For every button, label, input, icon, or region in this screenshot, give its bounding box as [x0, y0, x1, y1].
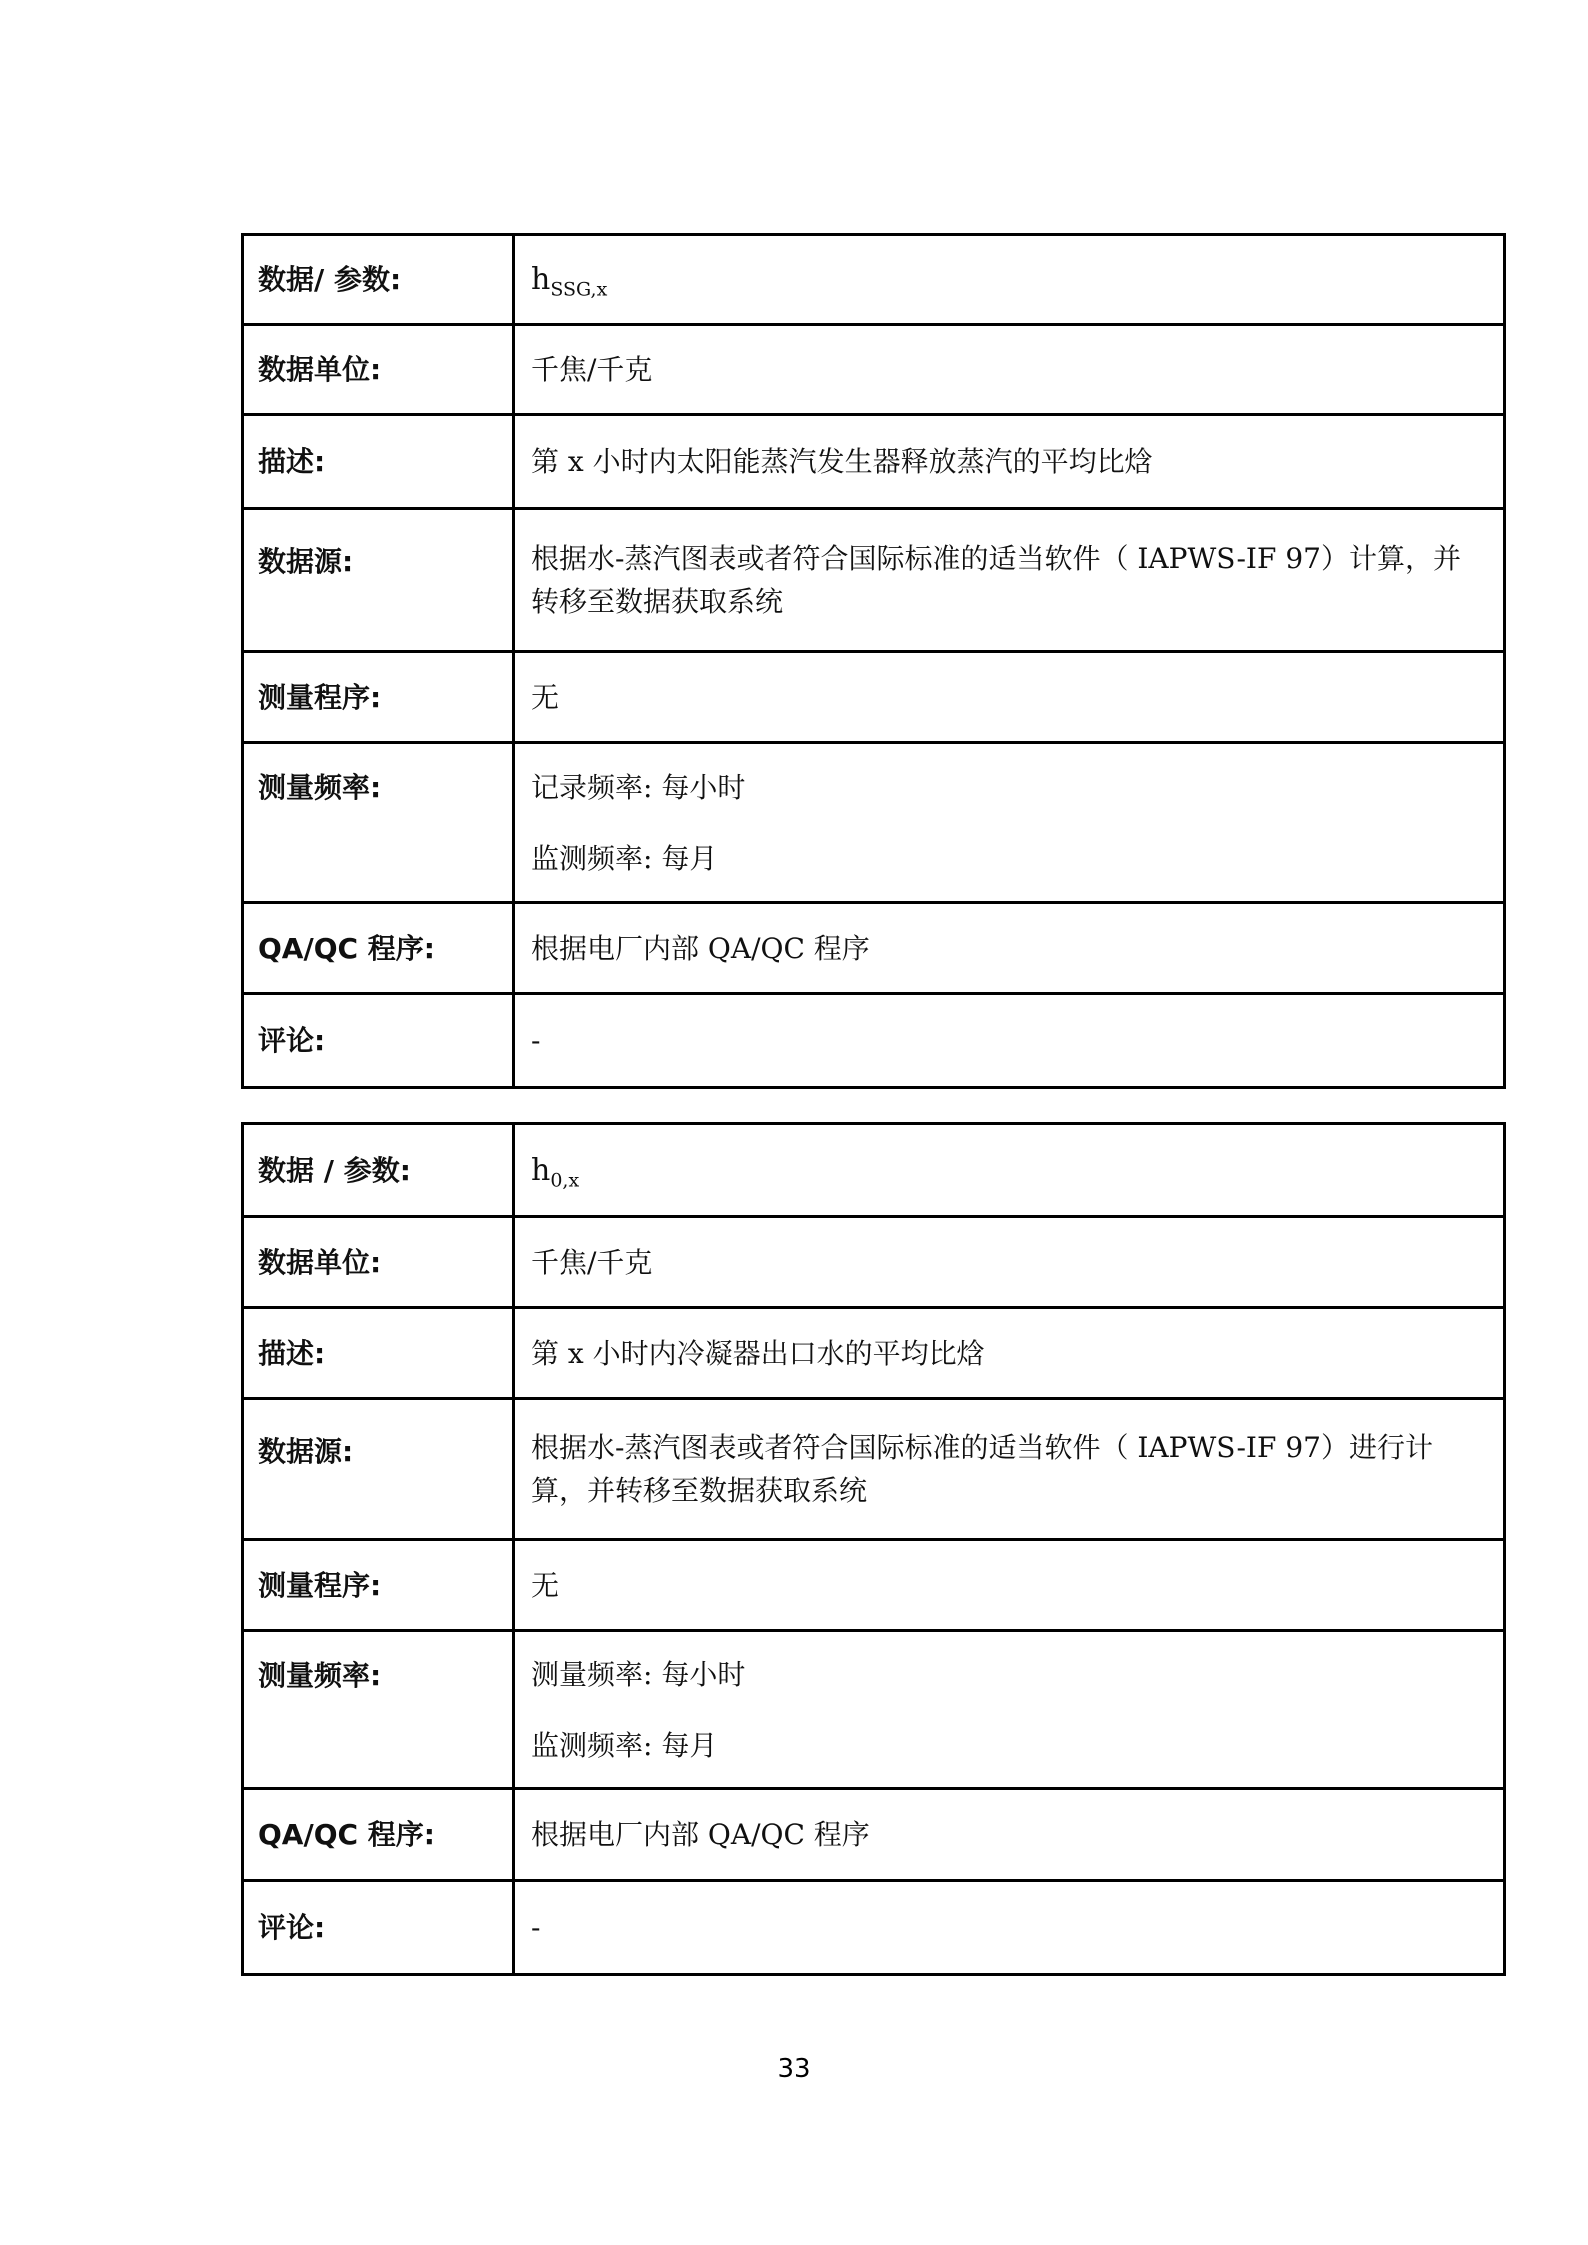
row-value: -	[531, 1019, 1485, 1062]
row-value: 第 x 小时内冷凝器出口水的平均比焓	[531, 1332, 1485, 1375]
row-value-cell: -	[515, 1882, 1503, 1973]
row-value: 根据水-蒸汽图表或者符合国际标准的适当软件（ IAPWS-IF 97）进行计算，…	[531, 1426, 1485, 1512]
table-row: 数据单位: 千焦/千克	[244, 326, 1503, 416]
parameter-symbol-base: h	[531, 1153, 550, 1188]
row-label-cell: QA/QC 程序:	[244, 1790, 515, 1879]
table-row: 描述: 第 x 小时内冷凝器出口水的平均比焓	[244, 1309, 1503, 1400]
row-value-cell: 根据水-蒸汽图表或者符合国际标准的适当软件（ IAPWS-IF 97）计算，并转…	[515, 510, 1503, 650]
parameter-symbol-base: h	[531, 262, 550, 297]
row-value-cell: -	[515, 995, 1503, 1086]
row-value-cell: 第 x 小时内冷凝器出口水的平均比焓	[515, 1309, 1503, 1397]
row-value-cell: h0,x	[515, 1125, 1503, 1215]
document-page: 数据/ 参数: hSSG,x 数据单位: 千焦/千克 描述: 第 x 小时内太阳…	[0, 0, 1588, 2245]
row-value-cell: 千焦/千克	[515, 1218, 1503, 1306]
row-value-cell: 无	[515, 653, 1503, 741]
row-label-cell: 数据单位:	[244, 326, 515, 413]
row-value: 根据电厂内部 QA/QC 程序	[531, 1813, 1485, 1856]
row-label-cell: 测量程序:	[244, 653, 515, 741]
row-value: 千焦/千克	[531, 348, 1485, 391]
row-label: QA/QC 程序:	[258, 927, 504, 970]
table-row: 评论: -	[244, 1882, 1503, 1973]
row-value-cell: 根据电厂内部 QA/QC 程序	[515, 904, 1503, 992]
row-value: 第 x 小时内太阳能蒸汽发生器释放蒸汽的平均比焓	[531, 440, 1485, 483]
row-value: 根据水-蒸汽图表或者符合国际标准的适当软件（ IAPWS-IF 97）计算，并转…	[531, 537, 1485, 623]
row-value-cell: 根据电厂内部 QA/QC 程序	[515, 1790, 1503, 1879]
row-value-cell: 记录频率: 每小时 监测频率: 每月	[515, 744, 1503, 901]
row-label: 描述:	[258, 440, 504, 483]
table-row: 数据源: 根据水-蒸汽图表或者符合国际标准的适当软件（ IAPWS-IF 97）…	[244, 510, 1503, 653]
row-label-cell: 测量频率:	[244, 1632, 515, 1787]
parameter-symbol: hSSG,x	[531, 258, 1485, 301]
parameter-symbol: h0,x	[531, 1149, 1485, 1192]
row-value-cell: 无	[515, 1541, 1503, 1629]
row-value-line: 监测频率: 每月	[531, 1724, 1485, 1767]
row-label: 描述:	[258, 1332, 504, 1375]
row-label: 测量频率:	[258, 1654, 504, 1697]
table-row: 数据单位: 千焦/千克	[244, 1218, 1503, 1309]
parameter-table-2: 数据 / 参数: h0,x 数据单位: 千焦/千克 描述: 第 x 小时内冷凝器…	[241, 1122, 1506, 1976]
row-label: 评论:	[258, 1906, 504, 1949]
row-value-cell: 第 x 小时内太阳能蒸汽发生器释放蒸汽的平均比焓	[515, 416, 1503, 507]
row-label: 评论:	[258, 1019, 504, 1062]
table-row: 评论: -	[244, 995, 1503, 1086]
table-row: 测量程序: 无	[244, 1541, 1503, 1632]
row-label-cell: 评论:	[244, 995, 515, 1086]
parameter-symbol-subscript: 0,x	[550, 1169, 579, 1191]
row-label-cell: 数据单位:	[244, 1218, 515, 1306]
row-label: 测量频率:	[258, 766, 504, 809]
row-value-cell: hSSG,x	[515, 236, 1503, 323]
parameter-symbol-subscript: SSG,x	[550, 279, 607, 301]
row-label: 数据/ 参数:	[258, 258, 504, 301]
row-value: 无	[531, 676, 1485, 719]
table-row: 描述: 第 x 小时内太阳能蒸汽发生器释放蒸汽的平均比焓	[244, 416, 1503, 510]
table-row: 测量程序: 无	[244, 653, 1503, 744]
table-row: QA/QC 程序: 根据电厂内部 QA/QC 程序	[244, 1790, 1503, 1882]
row-label-cell: 描述:	[244, 416, 515, 507]
row-value-line: 测量频率: 每小时	[531, 1653, 1485, 1696]
row-value-line: 记录频率: 每小时	[531, 766, 1485, 809]
row-value: 千焦/千克	[531, 1241, 1485, 1284]
row-value-cell: 千焦/千克	[515, 326, 1503, 413]
row-value-line: 监测频率: 每月	[531, 837, 1485, 880]
row-value: 根据电厂内部 QA/QC 程序	[531, 927, 1485, 970]
row-label: 数据源:	[258, 1430, 504, 1473]
row-label-cell: 描述:	[244, 1309, 515, 1397]
row-label-cell: 数据 / 参数:	[244, 1125, 515, 1215]
row-value: -	[531, 1906, 1485, 1949]
row-label-cell: 数据/ 参数:	[244, 236, 515, 323]
table-row: 数据源: 根据水-蒸汽图表或者符合国际标准的适当软件（ IAPWS-IF 97）…	[244, 1400, 1503, 1541]
row-label: QA/QC 程序:	[258, 1813, 504, 1856]
row-value-cell: 测量频率: 每小时 监测频率: 每月	[515, 1632, 1503, 1787]
row-label-cell: 评论:	[244, 1882, 515, 1973]
row-value-cell: 根据水-蒸汽图表或者符合国际标准的适当软件（ IAPWS-IF 97）进行计算，…	[515, 1400, 1503, 1538]
table-row: 测量频率: 测量频率: 每小时 监测频率: 每月	[244, 1632, 1503, 1790]
row-label: 数据单位:	[258, 1241, 504, 1284]
row-label: 数据源:	[258, 540, 504, 583]
row-label: 测量程序:	[258, 676, 504, 719]
row-label: 测量程序:	[258, 1564, 504, 1607]
row-label-cell: 测量程序:	[244, 1541, 515, 1629]
page-number: 33	[0, 2054, 1588, 2084]
row-label: 数据单位:	[258, 348, 504, 391]
row-value: 无	[531, 1564, 1485, 1607]
row-label-cell: QA/QC 程序:	[244, 904, 515, 992]
parameter-table-1: 数据/ 参数: hSSG,x 数据单位: 千焦/千克 描述: 第 x 小时内太阳…	[241, 233, 1506, 1089]
table-row: 数据/ 参数: hSSG,x	[244, 236, 1503, 326]
row-label-cell: 数据源:	[244, 510, 515, 650]
table-row: 测量频率: 记录频率: 每小时 监测频率: 每月	[244, 744, 1503, 904]
row-label-cell: 测量频率:	[244, 744, 515, 901]
table-row: QA/QC 程序: 根据电厂内部 QA/QC 程序	[244, 904, 1503, 995]
table-row: 数据 / 参数: h0,x	[244, 1125, 1503, 1218]
row-label: 数据 / 参数:	[258, 1149, 504, 1192]
row-label-cell: 数据源:	[244, 1400, 515, 1538]
